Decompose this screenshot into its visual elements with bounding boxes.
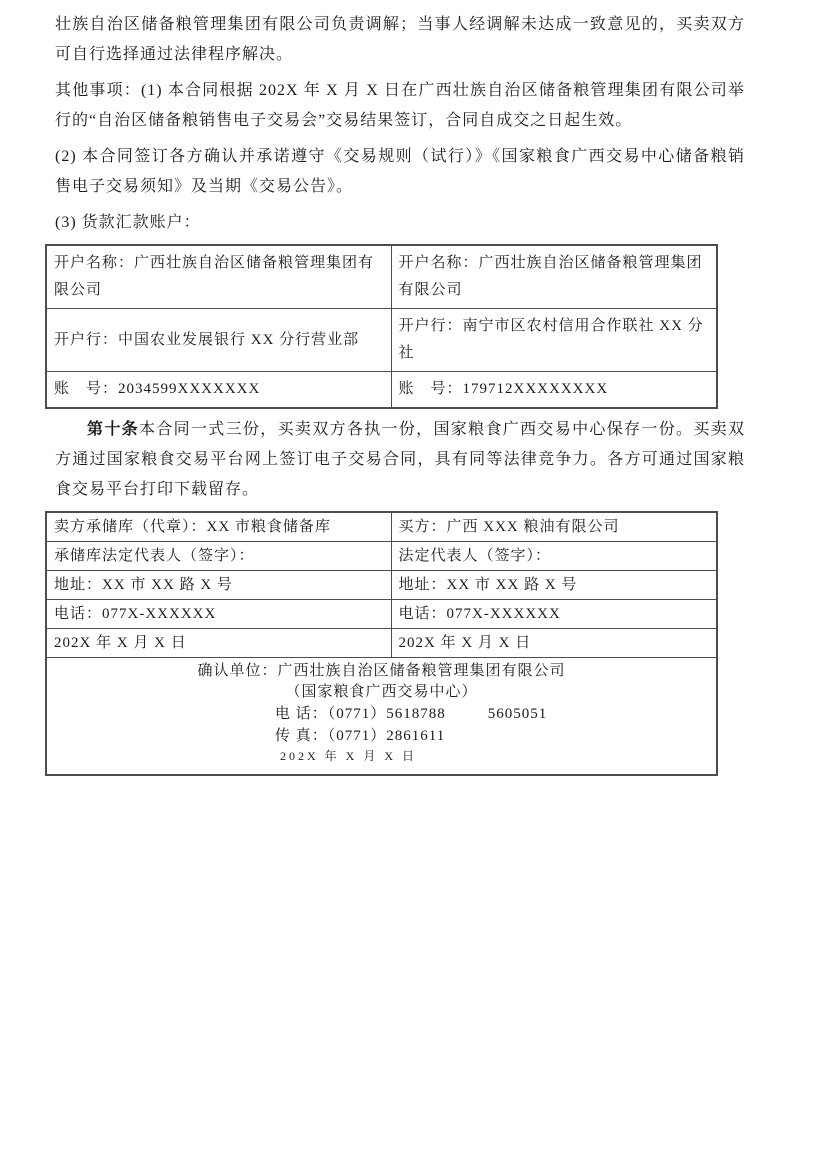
phone-row: 电话：077X-XXXXXX 电话：077X-XXXXXX [46,600,717,629]
confirmation-date-line: 202X 年 X 月 X 日 [280,747,716,766]
paragraph-other-matters-1: 其他事项：(1) 本合同根据 202X 年 X 月 X 日在广西壮族自治区储备粮… [55,76,745,136]
paragraph-payment-account-heading: (3) 货款汇款账户： [55,208,745,238]
bank-row: 开户行：中国农业发展银行 XX 分行营业部 开户行：南宁市区农村信用合作联社 X… [46,309,717,372]
confirmation-fax-line: 传 真：（0771）2861611 [275,725,716,747]
seller-phone-cell: 电话：077X-XXXXXX [46,600,391,629]
buyer-phone-cell: 电话：077X-XXXXXX [391,600,717,629]
signature-table: 卖方承储库（代章）：XX 市粮食储备库 买方：广西 XXX 粮油有限公司 承储库… [45,511,718,776]
phone-number-2: 5605051 [488,706,548,722]
seller-account-name-cell: 开户名称：广西壮族自治区储备粮管理集团有限公司 [46,245,391,309]
phone-label: 电 话： [275,706,328,722]
article-10-label: 第十条 [87,421,139,438]
article-10-text: 本合同一式三份，买卖双方各执一份，国家粮食广西交易中心保存一份。买卖双方通过国家… [55,421,745,498]
payment-account-table: 开户名称：广西壮族自治区储备粮管理集团有限公司 开户名称：广西壮族自治区储备粮管… [45,244,718,409]
address-row: 地址：XX 市 XX 路 X 号 地址：XX 市 XX 路 X 号 [46,571,717,600]
party-row: 卖方承储库（代章）：XX 市粮食储备库 买方：广西 XXX 粮油有限公司 [46,512,717,542]
date-row: 202X 年 X 月 X 日 202X 年 X 月 X 日 [46,629,717,658]
account-number-row: 账 号：2034599XXXXXXX 账 号：179712XXXXXXXX [46,372,717,409]
document-body: 壮族自治区储备粮管理集团有限公司负责调解；当事人经调解未达成一致意见的，买卖双方… [0,0,747,776]
seller-address-cell: 地址：XX 市 XX 路 X 号 [46,571,391,600]
buyer-bank-cell: 开户行：南宁市区农村信用合作联社 XX 分社 [391,309,717,372]
account-name-row: 开户名称：广西壮族自治区储备粮管理集团有限公司 开户名称：广西壮族自治区储备粮管… [46,245,717,309]
representative-row: 承储库法定代表人（签字）： 法定代表人（签字）： [46,542,717,571]
seller-date-cell: 202X 年 X 月 X 日 [46,629,391,658]
buyer-account-name-cell: 开户名称：广西壮族自治区储备粮管理集团有限公司 [391,245,717,309]
buyer-representative-cell: 法定代表人（签字）： [391,542,717,571]
confirmation-block: 确认单位：广西壮族自治区储备粮管理集团有限公司 （国家粮食广西交易中心） 电 话… [46,658,717,776]
confirmation-center-name: （国家粮食广西交易中心） [47,682,716,703]
seller-account-number-cell: 账 号：2034599XXXXXXX [46,372,391,409]
fax-label: 传 真： [275,728,328,744]
seller-representative-cell: 承储库法定代表人（签字）： [46,542,391,571]
paragraph-article-10: 第十条本合同一式三份，买卖双方各执一份，国家粮食广西交易中心保存一份。买卖双方通… [55,415,745,505]
buyer-party-cell: 买方：广西 XXX 粮油有限公司 [391,512,717,542]
buyer-account-number-cell: 账 号：179712XXXXXXXX [391,372,717,409]
confirmation-phone-line: 电 话：（0771）56187885605051 [275,703,716,725]
buyer-address-cell: 地址：XX 市 XX 路 X 号 [391,571,717,600]
seller-bank-cell: 开户行：中国农业发展银行 XX 分行营业部 [46,309,391,372]
paragraph-dispute-resolution: 壮族自治区储备粮管理集团有限公司负责调解；当事人经调解未达成一致意见的，买卖双方… [55,10,745,70]
confirmation-row: 确认单位：广西壮族自治区储备粮管理集团有限公司 （国家粮食广西交易中心） 电 话… [46,658,717,776]
seller-party-cell: 卖方承储库（代章）：XX 市粮食储备库 [46,512,391,542]
buyer-date-cell: 202X 年 X 月 X 日 [391,629,717,658]
fax-number: （0771）2861611 [328,728,445,744]
confirmation-unit-line: 确认单位：广西壮族自治区储备粮管理集团有限公司 [47,661,716,682]
contract-page: 壮族自治区储备粮管理集团有限公司负责调解；当事人经调解未达成一致意见的，买卖双方… [0,0,827,1169]
paragraph-other-matters-2: (2) 本合同签订各方确认并承诺遵守《交易规则（试行）》《国家粮食广西交易中心储… [55,142,745,202]
phone-number-1: （0771）5618788 [328,706,446,722]
